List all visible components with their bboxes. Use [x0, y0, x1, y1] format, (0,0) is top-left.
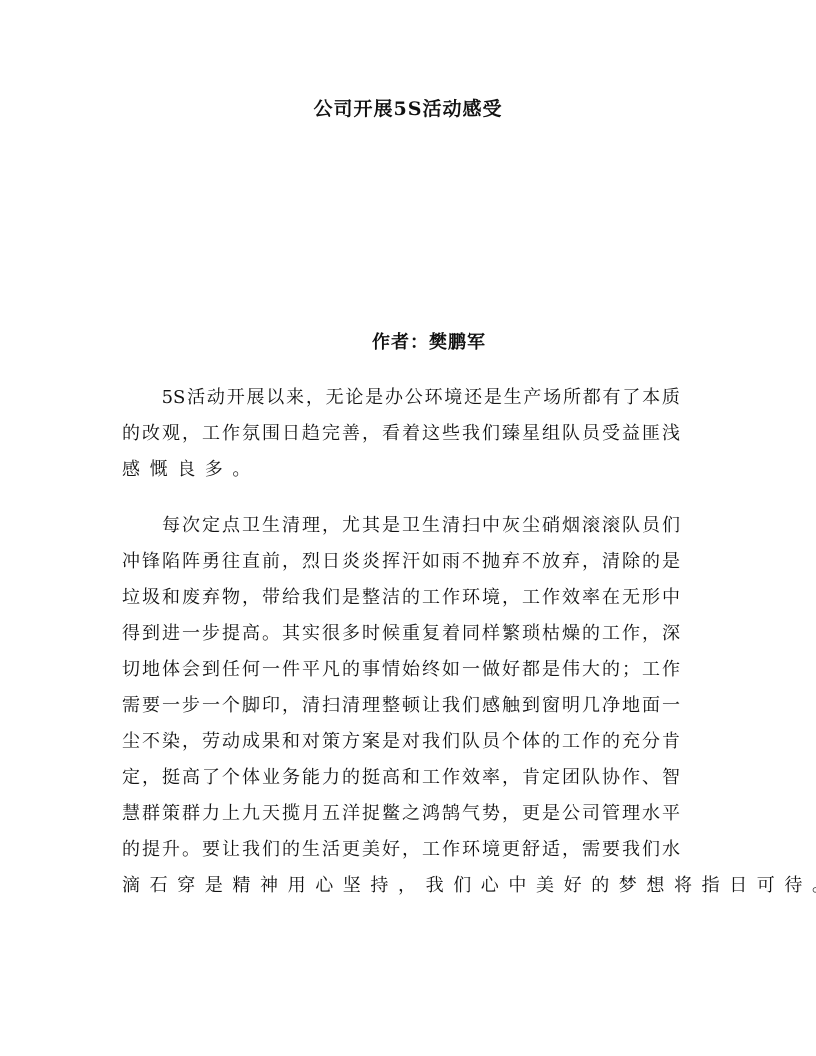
- paragraph-line: 尘不染，劳动成果和对策方案是对我们队员个体的工作的充分肯: [122, 724, 680, 760]
- paragraph-line: 的改观，工作氛围日趋完善，看着这些我们臻星组队员受益匪浅: [122, 416, 680, 452]
- paragraph-line: 得到进一步提高。其实很多时候重复着同样繁琐枯燥的工作，深: [122, 616, 680, 652]
- paragraph-2: 每次定点卫生清理，尤其是卫生清扫中灰尘硝烟滚滚队员们 冲锋陷阵勇往直前，烈日炎炎…: [122, 508, 680, 904]
- paragraph-line: 垃圾和废弃物，带给我们是整洁的工作环境，工作效率在无形中: [122, 580, 680, 616]
- paragraph-line: 慧群策群力上九天揽月五洋捉鳖之鸿鹄气势，更是公司管理水平: [122, 796, 680, 832]
- paragraph-line: 5S活动开展以来，无论是办公环境还是生产场所都有了本质: [122, 380, 680, 416]
- paragraph-line: 需要一步一个脚印，清扫清理整顿让我们感触到窗明几净地面一: [122, 688, 680, 724]
- paragraph-line: 的提升。要让我们的生活更美好，工作环境更舒适，需要我们水: [122, 832, 680, 868]
- paragraph-line: 切地体会到任何一件平凡的事情始终如一做好都是伟大的；工作: [122, 652, 680, 688]
- paragraph-1: 5S活动开展以来，无论是办公环境还是生产场所都有了本质 的改观，工作氛围日趋完善…: [122, 380, 680, 488]
- paragraph-line: 每次定点卫生清理，尤其是卫生清扫中灰尘硝烟滚滚队员们: [122, 508, 680, 544]
- paragraph-line: 滴石穿是精神用心坚持，我们心中美好的梦想将指日可待。: [122, 868, 680, 904]
- document-title: 公司开展5S活动感受: [0, 96, 816, 122]
- paragraph-line: 定，挺高了个体业务能力的挺高和工作效率，肯定团队协作、智: [122, 760, 680, 796]
- paragraph-line: 冲锋陷阵勇往直前，烈日炎炎挥汗如雨不抛弃不放弃，清除的是: [122, 544, 680, 580]
- author-line: 作者：樊鹏军: [372, 330, 486, 356]
- paragraph-line: 感慨良多。: [122, 452, 680, 488]
